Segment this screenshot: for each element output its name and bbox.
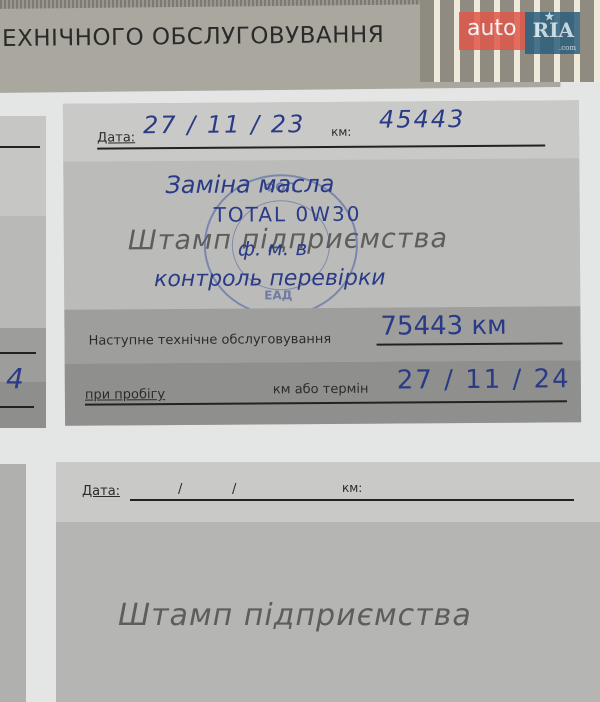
mileage-term-row: при пробігу км або термін 27 / 11 / 24	[65, 360, 581, 426]
km-label-2: км:	[342, 481, 362, 495]
date-label: Дата:	[97, 130, 135, 145]
left-page-card: 4	[0, 116, 46, 428]
date-value[interactable]: 27 / 11 / 23	[143, 110, 306, 139]
date-separator-1: /	[178, 482, 182, 497]
term-value[interactable]: 27 / 11 / 24	[397, 364, 571, 395]
left-page-card-2	[0, 464, 26, 702]
next-service-row: Наступне технічне обслуговування 75443 к…	[64, 306, 580, 364]
watermark-suffix: .com	[559, 44, 576, 52]
date-km-line[interactable]	[130, 499, 574, 501]
stamp-placeholder-2: Штамп підприємства	[118, 598, 472, 633]
left-handwritten-fragment: 4	[6, 362, 24, 395]
next-service-label: Наступне технічне обслуговування	[88, 332, 331, 349]
watermark-logo: auto ★ RIA .com	[459, 12, 580, 54]
service-entry-2: Дата: / / км: Штамп підприємства	[56, 462, 600, 702]
star-icon: ★	[545, 10, 555, 23]
next-service-value[interactable]: 75443 км	[380, 311, 507, 342]
km-value[interactable]: 45443	[379, 105, 466, 134]
date-separator-2: /	[232, 482, 236, 497]
note-line-1[interactable]: Заміна масла	[165, 170, 334, 199]
watermark-ria: ★ RIA .com	[525, 12, 581, 54]
note-line-3[interactable]: ф. м. в	[238, 236, 308, 260]
watermark-auto: auto	[459, 12, 525, 50]
page-title: ЕХНІЧНОГО ОБСЛУГОВУВАННЯ	[2, 22, 385, 52]
note-line-4[interactable]: контроль перевірки	[154, 266, 386, 293]
service-entry-1: Дата: 27 / 11 / 23 км: 45443 Штамп підпр…	[63, 100, 581, 426]
km-or-term-label: км або термін	[273, 382, 369, 398]
at-mileage-label: при пробігу	[85, 387, 165, 403]
note-line-2[interactable]: TOTAL 0W30	[214, 202, 362, 227]
date-label-2: Дата:	[82, 484, 120, 499]
km-label: км:	[331, 125, 351, 139]
